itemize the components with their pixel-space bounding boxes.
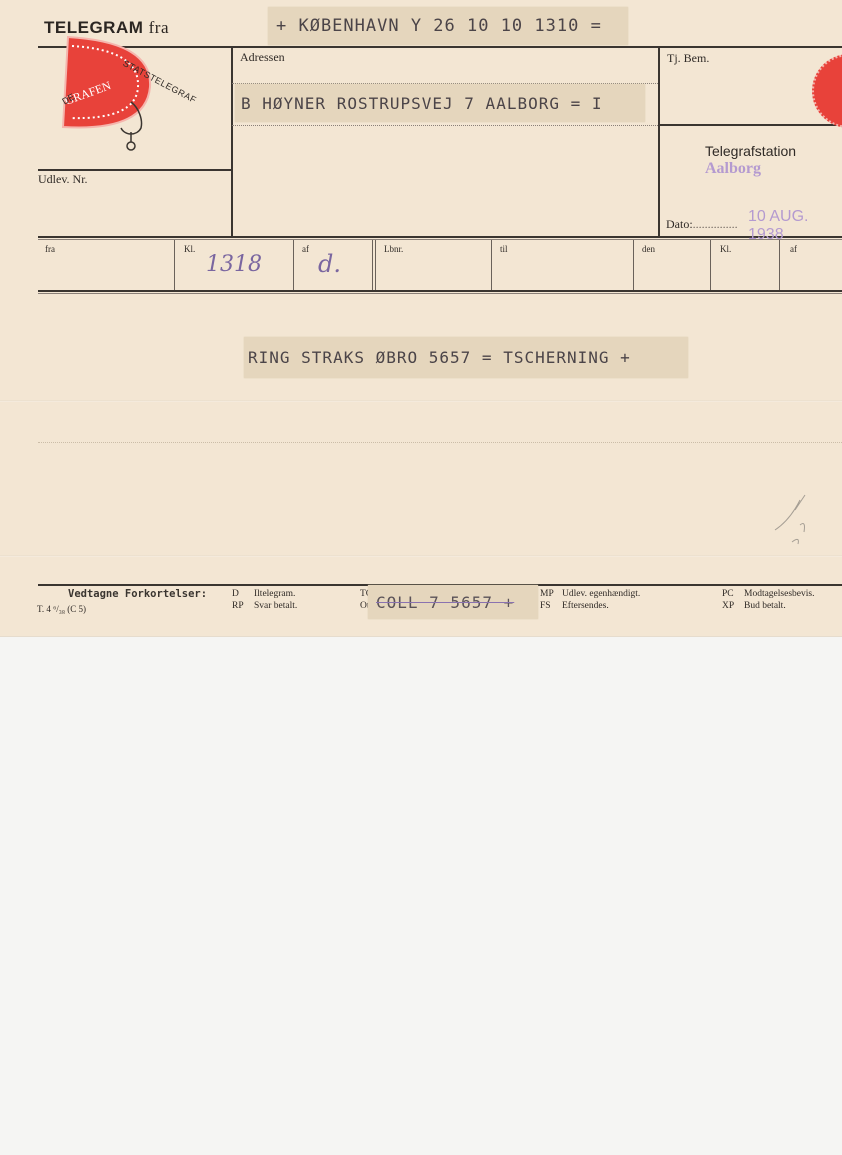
- form-code: T. 4 ⁶/₃₈ (C 5): [37, 604, 86, 614]
- abbr-meaning: Eftersendes.: [562, 601, 609, 611]
- abbr-code: PC: [722, 588, 744, 600]
- guide-line: [38, 442, 842, 443]
- abbr-meaning: Udlev. egenhændigt.: [562, 589, 640, 599]
- abbr-col-1: DIltelegram. RPSvar betalt.: [232, 588, 297, 612]
- col-den-label: den: [642, 244, 655, 254]
- abbr-code: RP: [232, 600, 254, 612]
- abbr-meaning: Modtagelsesbevis.: [744, 589, 814, 599]
- crown-emblem-icon: [113, 100, 149, 156]
- col-lbnr-label: Lbnr.: [384, 244, 403, 254]
- abbr-meaning: Iltelegram.: [254, 589, 295, 599]
- abbr-col-4: PCModtagelsesbevis. XPBud betalt.: [722, 588, 814, 612]
- dato-field: Dato:...............: [666, 217, 738, 232]
- address-text: B HØYNER ROSTRUPSVEJ 7 AALBORG = I: [241, 94, 603, 113]
- col-divider: [779, 240, 780, 290]
- telegram-form: TELEGRAM fra + KØBENHAVN Y 26 10 10 1310…: [0, 0, 842, 637]
- col-divider: [633, 240, 634, 290]
- collation-text: COLL 7 5657 +: [376, 593, 514, 612]
- dato-label: Dato:: [666, 217, 693, 231]
- message-text: RING STRAKS ØBRO 5657 = TSCHERNING +: [248, 348, 631, 367]
- dato-dots: ...............: [693, 217, 738, 231]
- col-divider: [174, 240, 175, 290]
- seal-sticker-right: [812, 50, 842, 128]
- tj-bem-label: Tj. Bem.: [667, 51, 709, 66]
- pencil-scribble-icon: [770, 490, 820, 550]
- col-kl2-label: Kl.: [720, 244, 731, 254]
- abbr-col-3: MPUdlev. egenhændigt. FSEftersendes.: [540, 588, 640, 612]
- abbr-code: FS: [540, 600, 562, 612]
- divider: [38, 236, 842, 238]
- col-fra-label: fra: [45, 244, 55, 254]
- address-strip: B HØYNER ROSTRUPSVEJ 7 AALBORG = I: [235, 84, 645, 122]
- footer-heading: Vedtagne Forkortelser:: [68, 588, 207, 600]
- paper-fold: [0, 555, 842, 557]
- origin-text: + KØBENHAVN Y 26 10 10 1310 =: [276, 16, 602, 36]
- col-kl-value: 1318: [206, 252, 262, 277]
- col-af-label: af: [302, 244, 309, 254]
- col-til-label: til: [500, 244, 508, 254]
- divider: [658, 46, 660, 237]
- col-kl-label: Kl.: [184, 244, 195, 254]
- col-divider: [293, 240, 294, 290]
- col-divider: [710, 240, 711, 290]
- abbr-code: D: [232, 588, 254, 600]
- origin-strip: + KØBENHAVN Y 26 10 10 1310 =: [268, 7, 628, 45]
- col-divider: [491, 240, 492, 290]
- abbr-meaning: Bud betalt.: [744, 601, 786, 611]
- divider: [38, 293, 842, 294]
- collation-strip: COLL 7 5657 +: [368, 585, 538, 619]
- abbr-code: XP: [722, 600, 744, 612]
- divider: [38, 46, 842, 48]
- date-stamp: 10 AUG. 1938: [748, 208, 842, 244]
- udlev-nr-label: Udlev. Nr.: [38, 172, 88, 187]
- station-label: Telegrafstation: [705, 143, 796, 159]
- col-divider: [375, 240, 376, 290]
- col-divider: [372, 240, 373, 290]
- address-label: Adressen: [240, 50, 285, 65]
- abbr-meaning: Svar betalt.: [254, 601, 297, 611]
- address-guide: [232, 125, 658, 126]
- paper-fold: [0, 400, 842, 402]
- divider: [231, 46, 233, 237]
- col-af2-label: af: [790, 244, 797, 254]
- abbr-code: MP: [540, 588, 562, 600]
- divider: [38, 239, 842, 240]
- station-stamp: Aalborg: [705, 160, 761, 178]
- divider: [38, 169, 231, 171]
- col-af-value: d.: [318, 250, 341, 278]
- message-strip: RING STRAKS ØBRO 5657 = TSCHERNING +: [244, 337, 688, 378]
- divider: [38, 290, 842, 292]
